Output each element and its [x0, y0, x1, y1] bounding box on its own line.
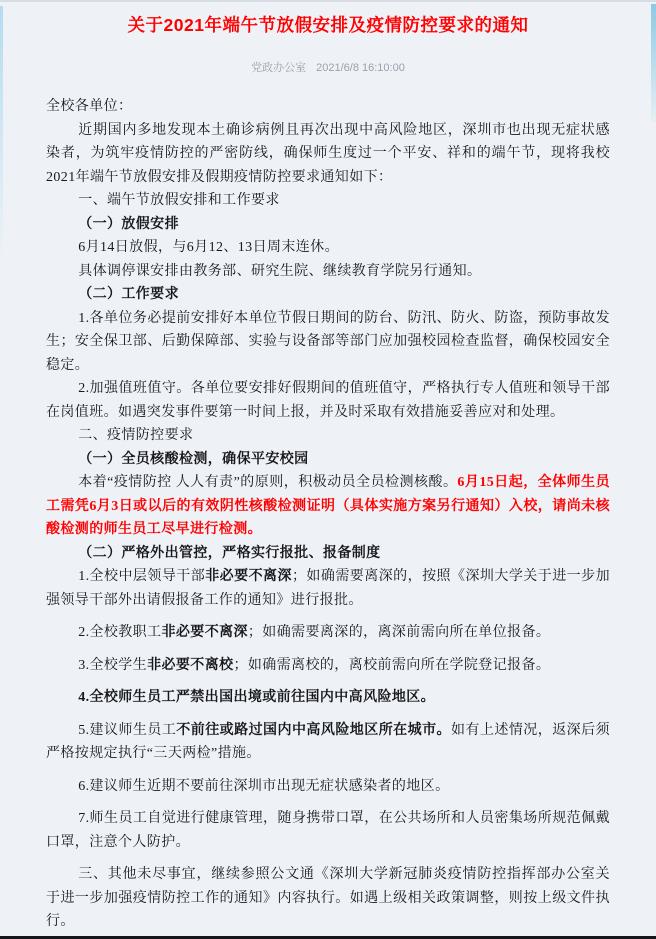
salutation: 全校各单位：	[46, 95, 610, 119]
holiday-dates-paragraph: 6月14日放假，与6月12、13日周末连休。	[46, 236, 610, 260]
item-3-text-cont: ；如确需离校的，离校前需向所在学院登记报备。	[234, 658, 551, 673]
section-3-paragraph: 三、其他未尽事宜，继续参照公文通《深圳大学新冠肺炎疫情防控指挥部办公室关于进一步…	[46, 863, 610, 934]
item-5-emphasis: 不前往或路过国内中高风险地区所在城市。	[176, 723, 451, 738]
notice-title: 关于2021年端午节放假安排及疫情防控要求的通知	[46, 12, 610, 37]
control-item-3: 3.全校学生非必要不离校；如确需离校的，离校前需向所在学院登记报备。	[46, 654, 610, 678]
work-item-2: 2.加强值班值守。各单位要安排好假期间的值班值守，严格执行专人值班和领导干部在岗…	[46, 377, 610, 424]
control-item-4: 4.全校师生员工严禁出国出境或前往国内中高风险地区。	[46, 686, 610, 710]
item-5-text: 5.建议师生员工	[78, 723, 176, 738]
item-1-emphasis: 非必要不离深	[205, 569, 292, 584]
byline-department: 党政办公室	[251, 62, 306, 74]
class-adjustment-paragraph: 具体调停课安排由教务部、研究生院、继续教育学院另行通知。	[46, 260, 610, 284]
control-item-7: 7.师生员工自觉进行健康管理，随身携带口罩，在公共场所和人员密集场所规范佩戴口罩…	[46, 807, 610, 854]
section-1-2-heading: （二）工作要求	[46, 283, 610, 307]
left-edge-accent	[0, 6, 3, 266]
section-2-2-heading: （二）严格外出管控，严格实行报批、报备制度	[46, 542, 610, 566]
item-1-text: 1.全校中层领导干部	[78, 569, 205, 584]
item-2-emphasis: 非必要不离深	[162, 625, 248, 640]
notice-body: 全校各单位： 近期国内多地发现本土确诊病例且再次出现中高风险地区，深圳市也出现无…	[46, 95, 610, 934]
control-item-1: 1.全校中层领导干部非必要不离深；如确需要离深的，按照《深圳大学关于进一步加强领…	[46, 565, 610, 612]
work-item-1: 1.各单位务必提前安排好本单位节假日期间的防台、防汛、防火、防盗，预防事故发生；…	[46, 307, 610, 378]
notice-page: 关于2021年端午节放假安排及疫情防控要求的通知 党政办公室2021/6/8 1…	[0, 0, 656, 939]
item-3-emphasis: 非必要不离校	[147, 658, 233, 673]
byline: 党政办公室2021/6/8 16:10:00	[46, 59, 610, 75]
item-2-text: 2.全校教职工	[78, 625, 161, 640]
byline-timestamp: 2021/6/8 16:10:00	[316, 62, 405, 74]
scrollbar-thumb[interactable]	[651, 4, 656, 122]
intro-paragraph: 近期国内多地发现本土确诊病例且再次出现中高风险地区，深圳市也出现无症状感染者，为…	[46, 119, 610, 190]
item-2-text-cont: ；如确需要离深的，离深前需向所在单位报备。	[248, 625, 550, 640]
control-item-2: 2.全校教职工非必要不离深；如确需要离深的，离深前需向所在单位报备。	[46, 621, 610, 645]
section-1-heading: 一、端午节放假安排和工作要求	[46, 189, 610, 213]
section-1-1-heading: （一）放假安排	[46, 213, 610, 237]
notice-content: 关于2021年端午节放假安排及疫情防控要求的通知 党政办公室2021/6/8 1…	[0, 2, 656, 934]
control-item-6: 6.建议师生近期不要前往深圳市出现无症状感染者的地区。	[46, 775, 610, 799]
item-3-text: 3.全校学生	[78, 658, 147, 673]
section-2-heading: 二、疫情防控要求	[46, 424, 610, 448]
control-item-5: 5.建议师生员工不前往或路过国内中高风险地区所在城市。如有上述情况，返深后须严格…	[46, 719, 610, 766]
nucleic-acid-paragraph: 本着“疫情防控 人人有责”的原则，积极动员全员检测核酸。6月15日起，全体师生员…	[46, 471, 610, 542]
section-2-1-heading: （一）全员核酸检测，确保平安校园	[46, 448, 610, 472]
nucleic-acid-normal-text: 本着“疫情防控 人人有责”的原则，积极动员全员检测核酸。	[78, 475, 457, 490]
